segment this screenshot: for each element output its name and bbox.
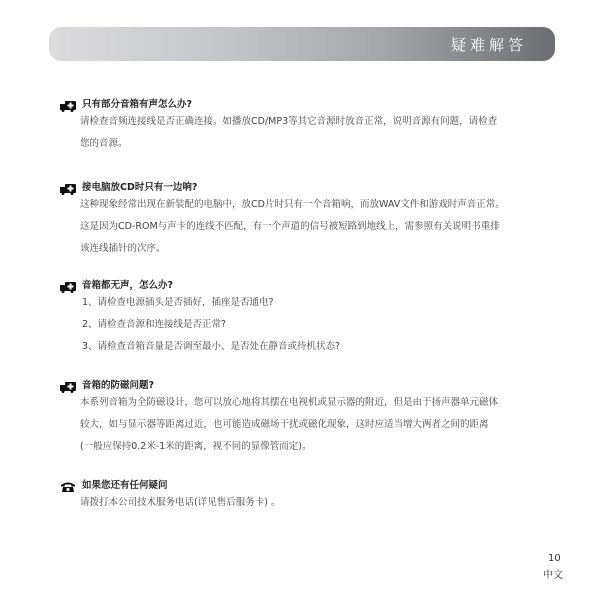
- faq-section-magnetic-shielding: 音箱的防磁问题? 本系列音箱为全防磁设计，您可以放心地将其摆在电视机或显示器的附…: [60, 376, 550, 458]
- faq-section-contact: 如果您还有任何疑问 请拨打本公司技术服务电话(详见售后服务卡) 。: [60, 476, 550, 514]
- answer-line: 该连线插针的次序。: [80, 238, 550, 260]
- section-header-bar: 疑难解答: [49, 27, 555, 61]
- answer-list-item: 3、请检查音箱音量是否调至最小、是否处在静音或待机状态?: [60, 336, 550, 358]
- answer-list-item: 2、请检查音源和连接线是否正常?: [60, 314, 550, 336]
- faq-section-no-sound: 音箱都无声，怎么办? 1、请检查电源插头是否插好，插座是否通电? 2、请检查音源…: [60, 276, 550, 358]
- question-row: 接电脑放CD时只有一边响?: [60, 178, 550, 194]
- answer-line: 请拨打本公司技术服务电话(详见售后服务卡) 。: [80, 492, 550, 514]
- question-row: 只有部分音箱有声怎么办?: [60, 95, 550, 111]
- answer-line: 这是因为CD-ROM与声卡的连线不匹配，有一个声道的信号被短路到地线上，需参照有…: [80, 216, 550, 238]
- question-title: 如果您还有任何疑问: [82, 477, 168, 491]
- answer-text: 这种现象经常出现在新装配的电脑中，放CD片时只有一个音箱响，而放WAV文件和游戏…: [60, 194, 550, 260]
- answer-line: 您的音源。: [80, 133, 550, 155]
- page-title: 疑难解答: [451, 34, 527, 55]
- answer-list-item: 1、请检查电源插头是否插好，插座是否通电?: [60, 292, 550, 314]
- ambulance-icon: [60, 278, 76, 290]
- page-number: 10: [548, 553, 561, 564]
- answer-text: 本系列音箱为全防磁设计，您可以放心地将其摆在电视机或显示器的附近，但是由于扬声器…: [60, 392, 550, 458]
- answer-line: 这种现象经常出现在新装配的电脑中，放CD片时只有一个音箱响，而放WAV文件和游戏…: [80, 194, 550, 216]
- ambulance-icon: [60, 180, 76, 192]
- answer-line: (一般应保持0.2米-1米的距离，视不同的显像管而定)。: [80, 436, 550, 458]
- ambulance-icon: [60, 378, 76, 390]
- page-language-label: 中文: [543, 566, 563, 581]
- question-title: 接电脑放CD时只有一边响?: [82, 179, 197, 193]
- faq-section-partial-sound: 只有部分音箱有声怎么办? 请检查音频连接线是否正确连接。如播放CD/MP3等其它…: [60, 95, 550, 155]
- question-title: 只有部分音箱有声怎么办?: [82, 96, 192, 110]
- question-row: 音箱都无声，怎么办?: [60, 276, 550, 292]
- answer-text: 请检查音频连接线是否正确连接。如播放CD/MP3等其它音源时放音正常，说明音源有…: [60, 111, 550, 155]
- ambulance-icon: [60, 97, 76, 109]
- answer-line: 请检查音频连接线是否正确连接。如播放CD/MP3等其它音源时放音正常，说明音源有…: [80, 111, 550, 133]
- question-row: 音箱的防磁问题?: [60, 376, 550, 392]
- telephone-icon: [60, 478, 76, 490]
- answer-list: 1、请检查电源插头是否插好，插座是否通电? 2、请检查音源和连接线是否正常? 3…: [60, 292, 550, 358]
- question-title: 音箱都无声，怎么办?: [82, 277, 173, 291]
- answer-text: 请拨打本公司技术服务电话(详见售后服务卡) 。: [60, 492, 550, 514]
- question-row: 如果您还有任何疑问: [60, 476, 550, 492]
- answer-line: 较大，如与显示器等距离过近，也可能造成磁场干扰或磁化现象，这时应适当增大两者之间…: [80, 414, 550, 436]
- answer-line: 本系列音箱为全防磁设计，您可以放心地将其摆在电视机或显示器的附近，但是由于扬声器…: [80, 392, 550, 414]
- question-title: 音箱的防磁问题?: [82, 377, 154, 391]
- faq-section-one-side-sound: 接电脑放CD时只有一边响? 这种现象经常出现在新装配的电脑中，放CD片时只有一个…: [60, 178, 550, 260]
